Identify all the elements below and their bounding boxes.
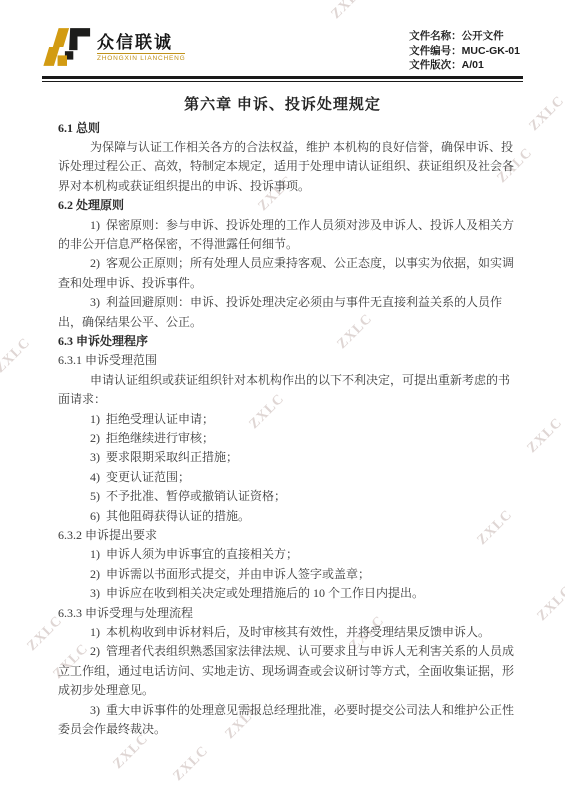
doc-number-label: 文件编号：	[409, 45, 462, 57]
doc-number-value: MUC-GK-01	[462, 45, 520, 57]
section-heading: 6.2 处理原则	[58, 196, 517, 215]
section-heading: 6.3 申诉处理程序	[58, 332, 517, 351]
doc-version-row: 文件版次：A/01	[409, 58, 520, 73]
paragraph: 1) 申诉人须为申诉事宜的直接相关方；	[58, 545, 517, 564]
paragraph: 2) 管理者代表组织熟悉国家法律法规、认可要求且与申诉人无利害关系的人员成立工作…	[58, 642, 517, 700]
page-header: 众信联诚 ZHONGXIN LIANCHENG 文件名称：公开文件 文件编号：M…	[0, 0, 565, 73]
paragraph: 1) 保密原则：参与申诉、投诉处理的工作人员须对涉及申诉人、投诉人及相关方的非公…	[58, 216, 517, 255]
watermark-text: ZXLC	[535, 583, 565, 625]
doc-body: 6.1 总则为保障与认证工作相关各方的合法权益，维护 本机构的良好信誉，确保申诉…	[58, 119, 517, 740]
watermark-text: ZXLC	[0, 335, 34, 377]
watermark-text: ZXLC	[525, 415, 565, 457]
logo-text: 众信联诚 ZHONGXIN LIANCHENG	[97, 26, 185, 62]
company-name-cn: 众信联诚	[97, 34, 185, 52]
paragraph: 6) 其他阻碍获得认证的措施。	[58, 507, 517, 526]
doc-name-label: 文件名称：	[409, 30, 462, 42]
section-heading: 6.1 总则	[58, 119, 517, 138]
company-logo: 众信联诚 ZHONGXIN LIANCHENG	[42, 26, 185, 68]
paragraph: 3) 要求限期采取纠正措施；	[58, 448, 517, 467]
watermark-text: ZXLC	[171, 743, 213, 785]
doc-number-row: 文件编号：MUC-GK-01	[409, 44, 520, 59]
doc-name-row: 文件名称：公开文件	[409, 29, 520, 44]
doc-info: 文件名称：公开文件 文件编号：MUC-GK-01 文件版次：A/01	[409, 26, 520, 73]
paragraph: 2) 客观公正原则；所有处理人员应秉持客观、公正态度，以事实为依据，如实调查和处…	[58, 254, 517, 293]
paragraph: 申请认证组织或获证组织针对本机构作出的以下不利决定，可提出重新考虑的书面请求：	[58, 371, 517, 410]
doc-version-label: 文件版次：	[409, 59, 462, 71]
paragraph: 2) 拒绝继续进行审核；	[58, 429, 517, 448]
paragraph: 2) 申诉需以书面形式提交，并由申诉人签字或盖章；	[58, 565, 517, 584]
page-title: 第六章 申诉、投诉处理规定	[0, 93, 565, 114]
paragraph: 3) 重大申诉事件的处理意见需报总经理批准，必要时提交公司法人和维护公正性委员会…	[58, 701, 517, 740]
paragraph: 3) 申诉应在收到相关决定或处理措施后的 10 个工作日内提出。	[58, 584, 517, 603]
paragraph: 3) 利益回避原则：申诉、投诉处理决定必须由与事件无直接利益关系的人员作出，确保…	[58, 293, 517, 332]
company-name-en: ZHONGXIN LIANCHENG	[97, 53, 185, 62]
document-page: ZXLCZXLCZXLCZXLCZXLCZXLCZXLCZXLCZXLCZXLC…	[0, 0, 565, 800]
subsection-heading: 6.3.1 申诉受理范围	[58, 351, 517, 370]
doc-name-value: 公开文件	[462, 30, 504, 42]
paragraph: 1) 拒绝受理认证申请；	[58, 410, 517, 429]
paragraph: 1) 本机构收到申诉材料后，及时审核其有效性，并将受理结果反馈申诉人。	[58, 623, 517, 642]
paragraph: 为保障与认证工作相关各方的合法权益，维护 本机构的良好信誉，确保申诉、投诉处理过…	[58, 138, 517, 196]
logo-mark-icon	[42, 26, 92, 68]
paragraph: 5) 不予批准、暂停或撤销认证资格；	[58, 487, 517, 506]
subsection-heading: 6.3.2 申诉提出要求	[58, 526, 517, 545]
header-rule	[42, 76, 523, 82]
paragraph: 4) 变更认证范围；	[58, 468, 517, 487]
subsection-heading: 6.3.3 申诉受理与处理流程	[58, 604, 517, 623]
doc-version-value: A/01	[462, 59, 484, 71]
